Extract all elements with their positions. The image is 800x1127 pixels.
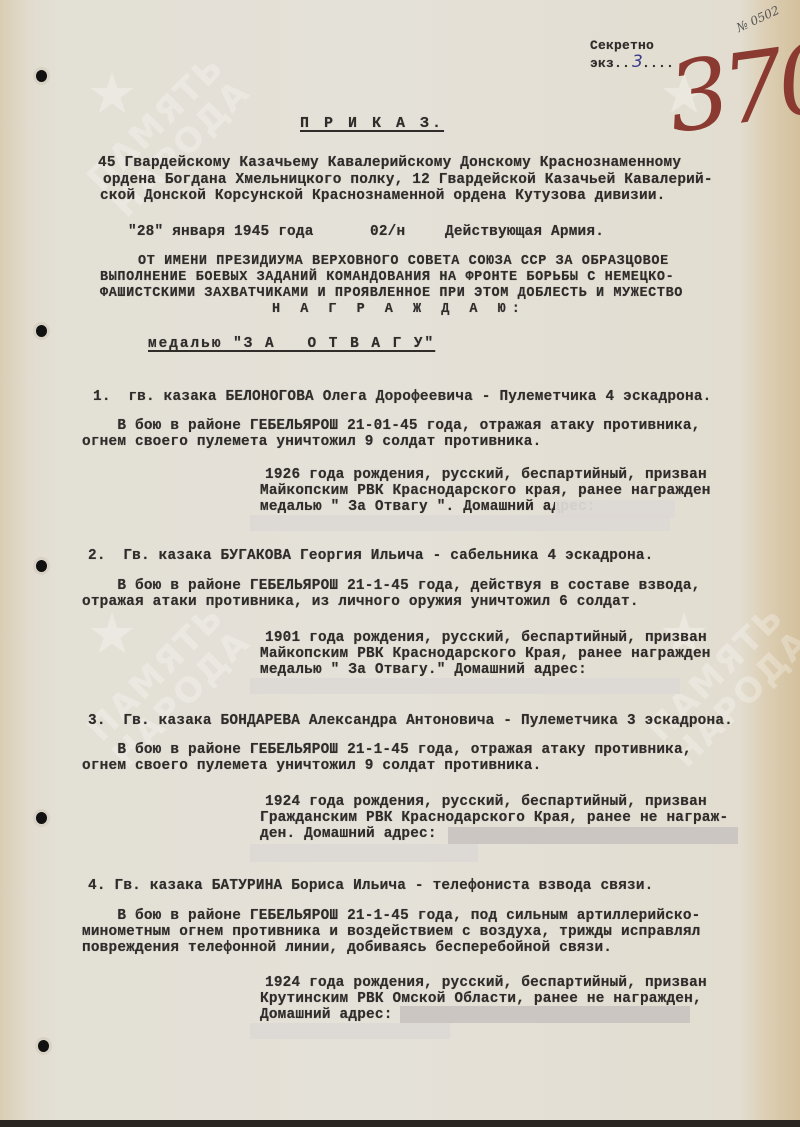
redacted-address [250,515,670,531]
awards-heading: Н А Г Р А Ж Д А Ю: [272,302,526,317]
redacted-address [250,678,680,694]
classification-label: Секретно [590,38,654,53]
copy-label: экз.. [590,56,630,71]
redacted-address [400,1006,690,1023]
entry-deed-line: В бою в районе ГЕБЕЛЬЯРОШ 21-01-45 года,… [82,418,701,434]
entry-deed-line: минометным огнем противника и воздействи… [82,924,701,940]
entry-deed-line: огнем своего пулемета уничтожил 9 солдат… [82,758,541,774]
entry-deed-line: В бою в районе ГЕБЕЛЬЯРОШ 21-1-45 года, … [82,742,692,758]
header-line: 45 Гвардейскому Казачьему Кавалерийскому… [98,155,681,171]
entry-deed-line: В бою в районе ГЕБЕЛЬЯРОШ 21-1-45 года, … [82,908,701,924]
entry-bio-line: Майкопским РВК Краснодарского края, ране… [260,483,711,499]
medal-heading: медалью "З А О Т В А Г У" [148,336,435,352]
entry-header: 1. гв. казака БЕЛОНОГОВА Олега Дорофееви… [93,389,712,405]
order-date: "28" января 1945 года [128,224,314,240]
entry-bio-line: ден. Домашний адрес: [260,826,437,842]
redacted-address [448,827,738,844]
punch-hole [36,560,47,572]
order-number: 02/н [370,224,405,240]
entry-header: 4. Гв. казака БАТУРИНА Бориса Ильича - т… [88,878,654,894]
handwritten-number: 370 [662,29,800,147]
preamble-line: ВЫПОЛНЕНИЕ БОЕВЫХ ЗАДАНИЙ КОМАНДОВАНИЯ Н… [100,270,674,285]
entry-bio-line: 1924 года рождения, русский, беспартийны… [265,794,707,810]
header-line: ордена Богдана Хмельницкого полку, 12 Гв… [103,172,713,188]
entry-bio-line: 1926 года рождения, русский, беспартийны… [265,467,707,483]
header-line: ской Донской Корсунской Краснознаменной … [100,188,666,204]
entry-deed-line: повреждения телефонной линии, добиваясь … [82,940,612,956]
entry-header: 2. Гв. казака БУГАКОВА Георгия Ильича - … [88,548,654,564]
entry-bio-line: 1901 года рождения, русский, беспартийны… [265,630,707,646]
entry-header: 3. Гв. казака БОНДАРЕВА Александра Антон… [88,713,733,729]
preamble-line: ОТ ИМЕНИ ПРЕЗИДИУМА ВЕРХОВНОГО СОВЕТА СО… [138,254,669,269]
punch-hole [36,325,47,337]
page-title: П Р И К А З. [300,115,444,132]
star-watermark-icon: ★ [88,40,136,139]
entry-bio-line: 1924 года рождения, русский, беспартийны… [265,975,707,991]
entry-deed-line: отражая атаки противника, из личного ору… [82,594,639,610]
order-place: Действующая Армия. [445,224,604,240]
entry-bio-line: Майкопским РВК Краснодарского Края, ране… [260,646,711,662]
entry-bio-line: Гражданским РВК Краснодарского Края, ран… [260,810,728,826]
entry-deed-line: В бою в районе ГЕБЕЛЬЯРОШ 21-1-45 года, … [82,578,701,594]
entry-deed-line: огнем своего пулемета уничтожил 9 солдат… [82,434,541,450]
punch-hole [38,1040,49,1052]
entry-bio-line: Крутинским РВК Омской Области, ранее не … [260,991,702,1007]
redacted-address [250,1023,450,1039]
entry-bio-line: медалью " За Отвагу." Домашний адрес: [260,662,587,678]
entry-bio-line: Домашний адрес: [260,1007,393,1023]
entry-bio-line: медалью " За Отвагу ". Домашний адрес: [260,499,596,515]
preamble-line: ФАШИСТСКИМИ ЗАХВАТЧИКАМИ И ПРОЯВЛЕННОЕ П… [100,286,683,301]
punch-hole [36,70,47,82]
document-page: ★ ПАМЯТЬНАРОДА ★ ★ ПАМЯТЬНАРОДА ★ ПАМЯТЬ… [0,0,800,1120]
punch-hole [36,812,47,824]
redacted-address [250,844,478,862]
